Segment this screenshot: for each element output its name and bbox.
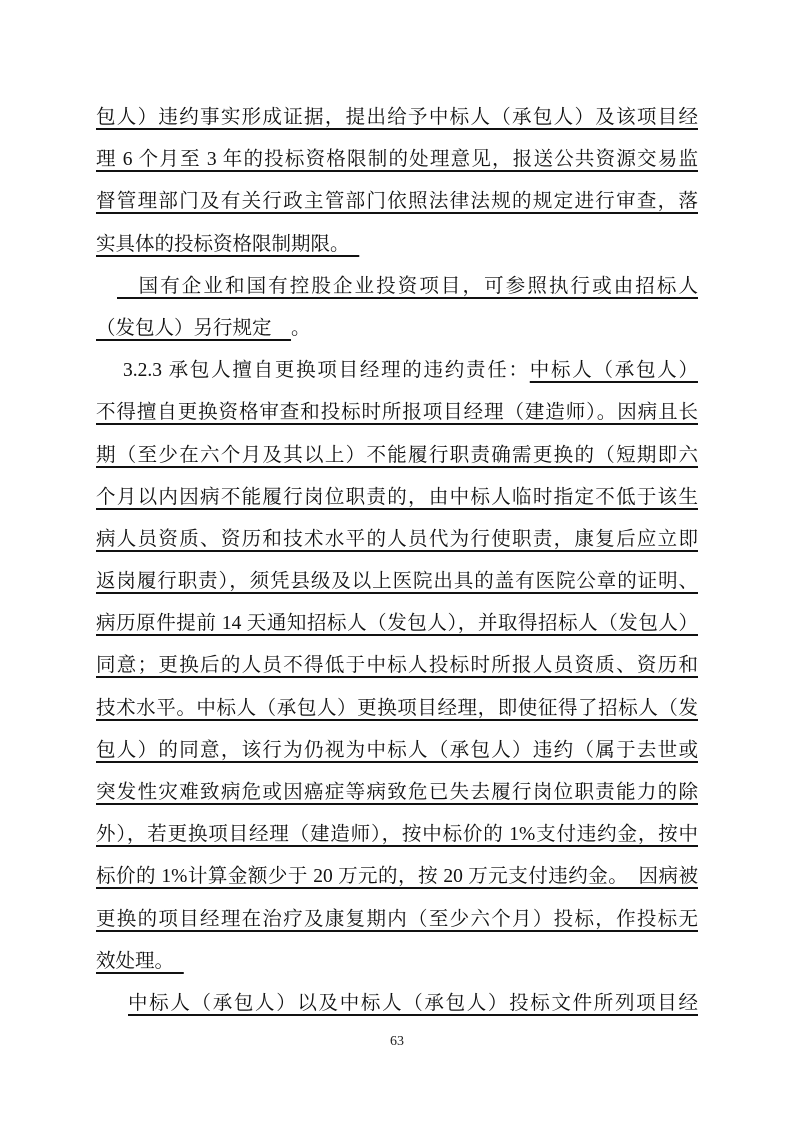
text-line: 个月以内因病不能履行岗位职责的，由中标人临时指定不低于该生 xyxy=(96,477,698,519)
text-line: 病人员资质、资历和技术水平的人员代为行使职责，康复后应立即 xyxy=(96,519,698,561)
text-line: 同意；更换后的人员不得低于中标人投标时所报人员资质、资历和 xyxy=(96,645,698,687)
text-line: 3.2.3 承包人擅自更换项目经理的违约责任：中标人（承包人） xyxy=(96,350,698,392)
text-line: 病历原件提前 14 天通知招标人（发包人），并取得招标人（发包人） xyxy=(96,603,698,645)
underlined-text-run: 外），若更换项目经理（建造师），按中标价的 1%支付违约金，按中 xyxy=(96,824,698,845)
document-page: 包人）违约事实形成证据，提出给予中标人（承包人）及该项目经理 6 个月至 3 年… xyxy=(0,0,794,1122)
underlined-text-run: 国有企业和国有控股企业投资项目，可参照执行或由招标人 xyxy=(117,276,698,297)
text-line: 标价的 1%计算金额少于 20 万元的，按 20 万元支付违约金。 因病被 xyxy=(96,856,698,898)
text-line: 包人）违约事实形成证据，提出给予中标人（承包人）及该项目经 xyxy=(96,97,698,139)
text-line: 期（至少在六个月及其以上）不能履行职责确需更换的（短期即六 xyxy=(96,435,698,477)
underlined-text-run: 效处理。 xyxy=(96,951,184,972)
text-line: 突发性灾难致病危或因癌症等病致危已失去履行岗位职责能力的除 xyxy=(96,772,698,814)
text-line: 理 6 个月至 3 年的投标资格限制的处理意见，报送公共资源交易监 xyxy=(96,139,698,181)
text-line: 更换的项目经理在治疗及康复期内（至少六个月）投标，作投标无 xyxy=(96,899,698,941)
underlined-text-run: 同意；更换后的人员不得低于中标人投标时所报人员资质、资历和 xyxy=(96,655,698,676)
underlined-text-run: 技术水平。中标人（承包人）更换项目经理，即使征得了招标人（发 xyxy=(96,698,698,719)
text-line: 不得擅自更换资格审查和投标时所报项目经理（建造师）。因病且长 xyxy=(96,392,698,434)
underlined-text-run: 病历原件提前 14 天通知招标人（发包人），并取得招标人（发包人） xyxy=(96,613,698,634)
underlined-text-run: 理 6 个月至 3 年的投标资格限制的处理意见，报送公共资源交易监 xyxy=(96,149,698,170)
text-line: 实具体的投标资格限制期限。 xyxy=(96,224,698,266)
document-body: 包人）违约事实形成证据，提出给予中标人（承包人）及该项目经理 6 个月至 3 年… xyxy=(96,97,698,1025)
underlined-text-run: 更换的项目经理在治疗及康复期内（至少六个月）投标，作投标无 xyxy=(96,909,698,930)
underlined-text-run: 包人）违约事实形成证据，提出给予中标人（承包人）及该项目经 xyxy=(96,107,698,128)
text-line: 技术水平。中标人（承包人）更换项目经理，即使征得了招标人（发 xyxy=(96,688,698,730)
underlined-text-run: 突发性灾难致病危或因癌症等病致危已失去履行岗位职责能力的除 xyxy=(96,782,698,803)
text-line: 包人）的同意，该行为仍视为中标人（承包人）违约（属于去世或 xyxy=(96,730,698,772)
text-run: 。 xyxy=(291,318,311,339)
text-line: 国有企业和国有控股企业投资项目，可参照执行或由招标人 xyxy=(96,266,698,308)
underlined-text-run: 不得擅自更换资格审查和投标时所报项目经理（建造师）。因病且长 xyxy=(96,402,698,423)
underlined-text-run: 标价的 1%计算金额少于 20 万元的，按 20 万元支付违约金。 因病被 xyxy=(96,866,698,887)
text-line: （发包人）另行规定 。 xyxy=(96,308,698,350)
underlined-text-run: 个月以内因病不能履行岗位职责的，由中标人临时指定不低于该生 xyxy=(96,487,698,508)
underlined-text-run: 返岗履行职责），须凭县级及以上医院出具的盖有医院公章的证明、 xyxy=(96,571,698,592)
underlined-text-run: 中标人（承包人） xyxy=(530,360,698,381)
underlined-text-run: 期（至少在六个月及其以上）不能履行职责确需更换的（短期即六 xyxy=(96,445,698,466)
text-line: 中标人（承包人）以及中标人（承包人）投标文件所列项目经 xyxy=(96,983,698,1025)
underlined-text-run: 病人员资质、资历和技术水平的人员代为行使职责，康复后应立即 xyxy=(96,529,698,550)
underlined-text-run: 包人）的同意，该行为仍视为中标人（承包人）违约（属于去世或 xyxy=(96,740,698,761)
text-line: 效处理。 xyxy=(96,941,698,983)
underlined-text-run: 实具体的投标资格限制期限。 xyxy=(96,234,359,255)
underlined-text-run: 中标人（承包人）以及中标人（承包人）投标文件所列项目经 xyxy=(128,993,698,1014)
underlined-text-run: 督管理部门及有关行政主管部门依照法律法规的规定进行审查，落 xyxy=(96,191,698,212)
text-run: 3.2.3 承包人擅自更换项目经理的违约责任： xyxy=(123,360,530,381)
page-number: 63 xyxy=(0,1032,794,1052)
text-line: 督管理部门及有关行政主管部门依照法律法规的规定进行审查，落 xyxy=(96,181,698,223)
text-line: 返岗履行职责），须凭县级及以上医院出具的盖有医院公章的证明、 xyxy=(96,561,698,603)
underlined-text-run: （发包人）另行规定 xyxy=(96,318,291,339)
text-line: 外），若更换项目经理（建造师），按中标价的 1%支付违约金，按中 xyxy=(96,814,698,856)
